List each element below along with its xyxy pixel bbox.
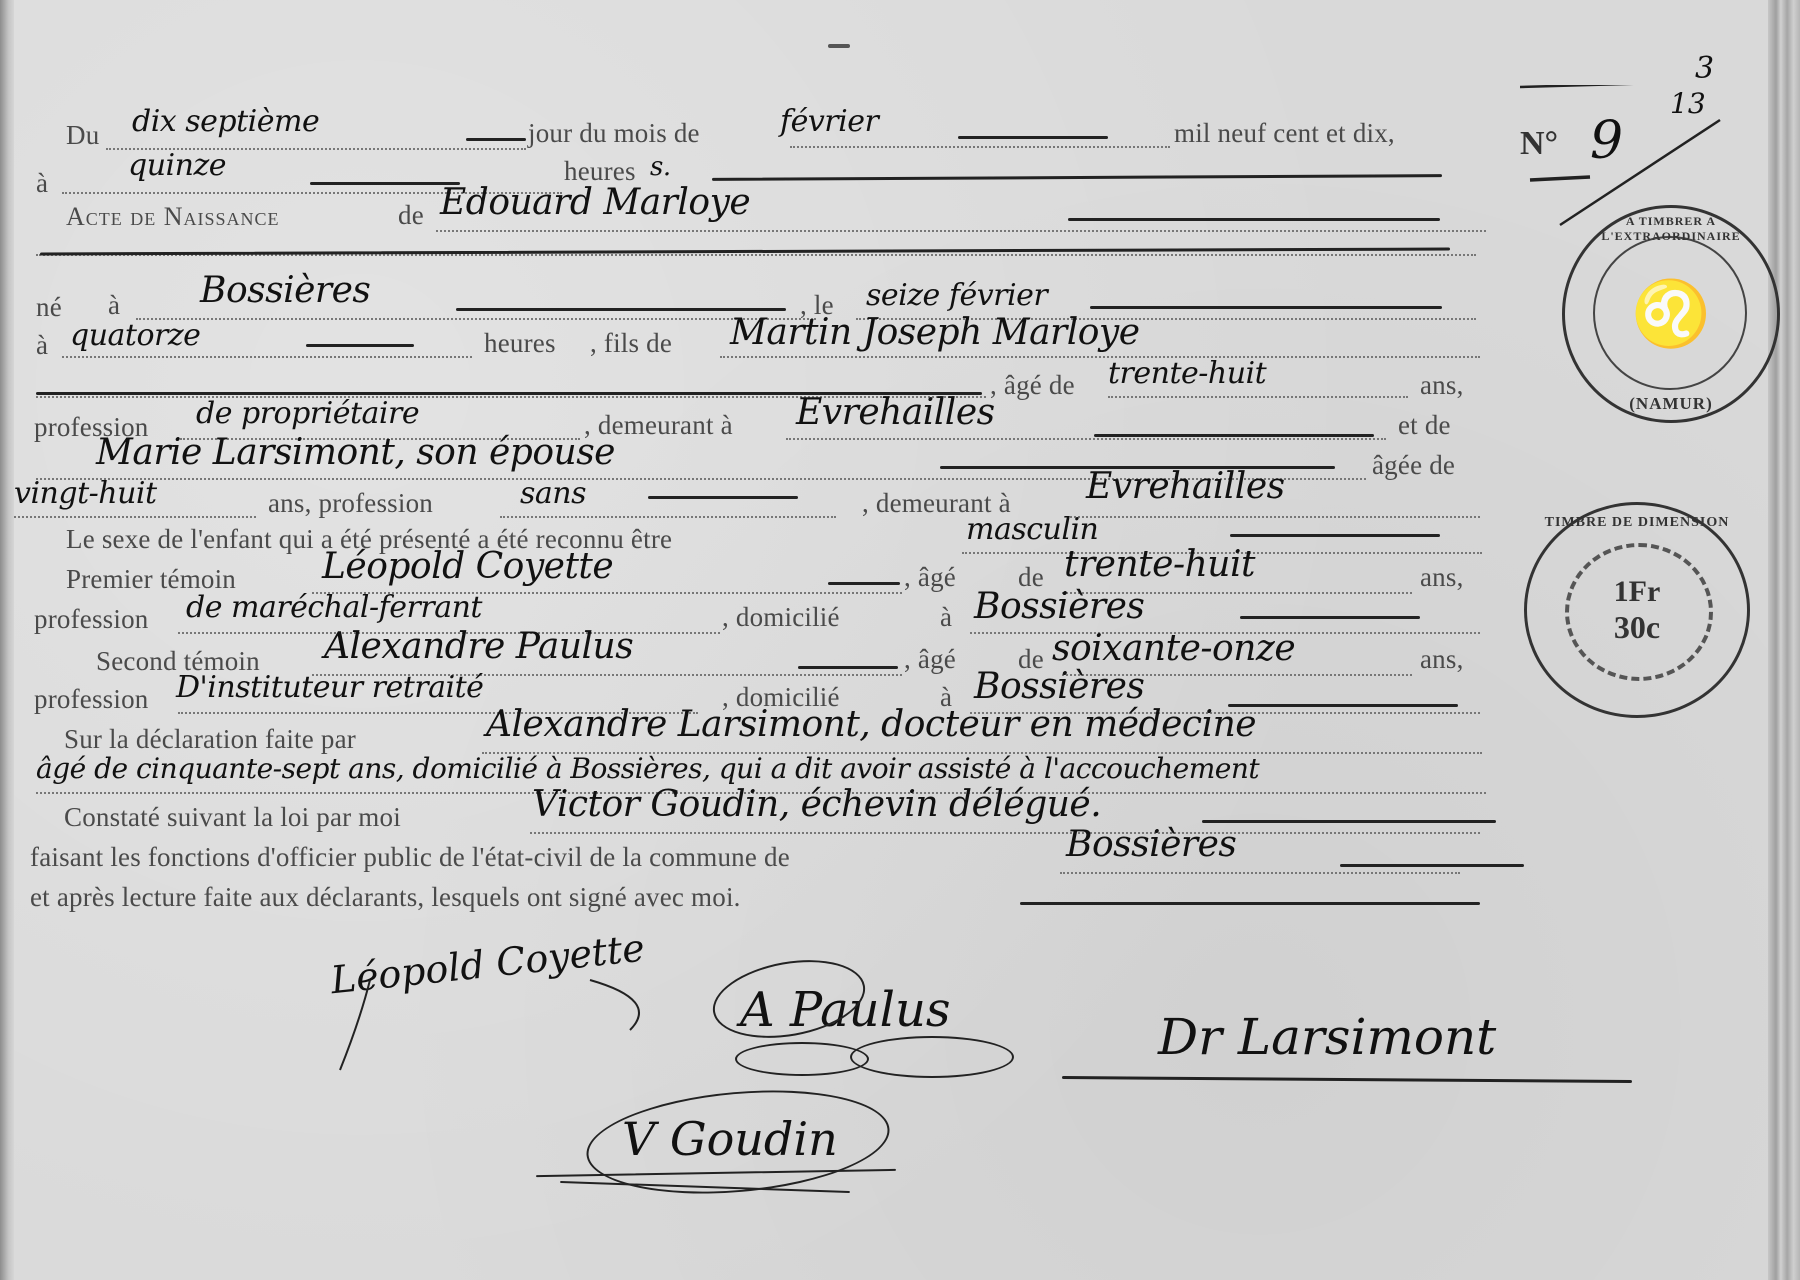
entry-birth-date: seize février: [866, 278, 1047, 313]
entry-second-witness-residence: Bossières: [974, 666, 1144, 707]
label-year: mil neuf cent et dix,: [1174, 118, 1395, 149]
form-title: Acte de Naissance: [66, 202, 280, 232]
entry-birth-hour: quatorze: [70, 318, 200, 353]
scanned-document-page: N° 9 3 13 A TIMBRER A L'EXTRAORDINAIRE ♌…: [0, 0, 1800, 1280]
entry-father-name: Martin Joseph Marloye: [730, 312, 1140, 353]
label-profession: profession: [34, 604, 148, 635]
signature-dr-larsimont: Dr Larsimont: [1158, 1008, 1496, 1066]
form-line-birthplace: né à Bossières , le seize février: [0, 276, 1500, 316]
signature-flourish: [735, 1042, 869, 1076]
form-line-father: à quatorze heures , fils de Martin Josep…: [0, 316, 1500, 356]
form-line-acte-title: Acte de Naissance de Edouard Marloye: [0, 194, 1500, 234]
entry-officer: Victor Goudin, échevin délégué.: [532, 784, 1101, 825]
register-number-value: 9: [1590, 111, 1623, 171]
ink-mark: [828, 44, 850, 48]
entry-commune: Bossières: [1066, 824, 1236, 865]
label-a: à: [940, 602, 952, 633]
signature-underline: [1062, 1076, 1632, 1083]
stamp-timbrer-extraordinaire: A TIMBRER A L'EXTRAORDINAIRE ♌ (NAMUR): [1562, 205, 1780, 423]
form-line-father-profession: profession de propriétaire , demeurant à…: [0, 396, 1500, 436]
label-closing: et après lecture faite aux déclarants, l…: [30, 882, 741, 913]
entry-birthplace: Bossières: [200, 270, 370, 311]
entry-declarant-details: âgé de cinquante-sept ans, domicilié à B…: [36, 752, 1259, 785]
label-fils-de: , fils de: [590, 328, 672, 359]
register-number-annotation-top: 3: [1695, 51, 1714, 86]
entry-declarant: Alexandre Larsimont, docteur en médecine: [486, 704, 1256, 745]
stamp-text-top: A TIMBRER A L'EXTRAORDINAIRE: [1565, 214, 1777, 244]
entry-second-witness-age: soixante-onze: [1052, 628, 1295, 669]
form-line-commune: faisant les fonctions d'officier public …: [0, 836, 1500, 876]
signature-flourish: [850, 1036, 1014, 1078]
signature-strokes-icon: [330, 940, 730, 1080]
entry-hour-suffix: s.: [650, 152, 671, 182]
label-profession: profession: [34, 684, 148, 715]
lion-emblem-icon: ♌: [1631, 277, 1711, 352]
register-number-annotation-fraction: 13: [1670, 87, 1706, 120]
entry-first-witness-residence: Bossières: [974, 586, 1144, 627]
entry-second-witness-name: Alexandre Paulus: [324, 626, 633, 667]
form-line-declarant: Sur la déclaration faite par Alexandre L…: [0, 716, 1500, 756]
entry-first-witness-profession: de maréchal-ferrant: [186, 590, 482, 625]
stamp-text-bottom: (NAMUR): [1565, 394, 1777, 414]
label-jour-du-mois: jour du mois de: [528, 118, 700, 149]
stamp-timbre-de-dimension: TIMBRE DE DIMENSION 1Fr 30c: [1524, 502, 1750, 718]
label-ans: ans,: [1420, 562, 1464, 593]
label-du: Du: [66, 120, 99, 151]
form-line-officer: Constaté suivant la loi par moi Victor G…: [0, 796, 1500, 836]
form-line-mother-details: vingt-huit ans, profession sans , demeur…: [0, 476, 1500, 516]
entry-mother-age: vingt-huit: [14, 476, 157, 511]
entry-hour: quinze: [128, 148, 226, 183]
form-line-date: Du dix septième jour du mois de février …: [0, 112, 1500, 152]
entry-first-witness-age: trente-huit: [1064, 544, 1255, 585]
label-age: , âgé: [904, 562, 956, 593]
entry-day: dix septième: [132, 104, 319, 139]
label-age: , âgé: [904, 644, 956, 675]
label-declaration: Sur la déclaration faite par: [64, 724, 356, 755]
signature-flourish: [582, 1079, 894, 1205]
label-fonctions: faisant les fonctions d'officier public …: [30, 842, 790, 873]
form-line-closing: et après lecture faite aux déclarants, l…: [0, 876, 1500, 916]
label-ans-profession: ans, profession: [268, 488, 433, 519]
label-heures: heures: [484, 328, 556, 359]
entry-mother-residence: Evrehailles: [1086, 466, 1285, 507]
entry-month: février: [780, 104, 878, 139]
label-constate: Constaté suivant la loi par moi: [64, 802, 401, 833]
stamp-value-centimes: 30c: [1527, 609, 1747, 646]
entry-sex: masculin: [966, 512, 1098, 547]
label-ans: ans,: [1420, 644, 1464, 675]
entry-father-profession: de propriétaire: [196, 396, 419, 431]
register-number-label: N°: [1520, 125, 1558, 163]
entry-second-witness-profession: D'instituteur retraité: [176, 670, 483, 705]
label-de: de: [398, 200, 424, 231]
form-line-sex: Le sexe de l'enfant qui a été présenté a…: [0, 516, 1500, 556]
form-line-father-age: , âgé de trente-huit ans,: [0, 356, 1500, 396]
stamp-value-francs: 1Fr: [1527, 575, 1747, 609]
stamp-text-top: TIMBRE DE DIMENSION: [1527, 515, 1747, 531]
entry-child-name: Edouard Marloye: [440, 182, 750, 223]
register-binding: [1768, 0, 1800, 1280]
entry-father-residence: Evrehailles: [796, 392, 995, 433]
entry-father-age: trente-huit: [1108, 356, 1266, 391]
label-domicilie: , domicilié: [722, 602, 840, 633]
entry-mother-name: Marie Larsimont, son épouse: [96, 432, 615, 473]
entry-mother-profession: sans: [520, 476, 586, 511]
entry-first-witness-name: Léopold Coyette: [322, 546, 613, 587]
